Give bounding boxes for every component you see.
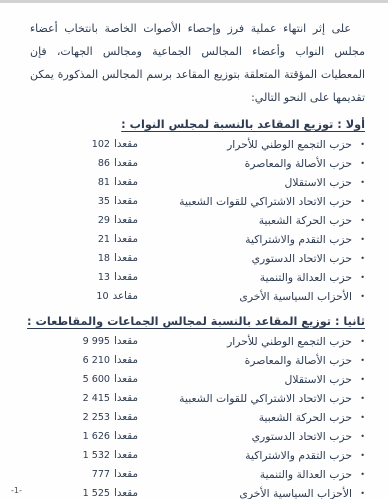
party-name: الأحزاب السياسية الأخرى	[239, 287, 354, 306]
seat-count: 1 525مقعدا	[30, 484, 138, 499]
party-seats-row: • حزب التجمع الوطني للأحرار 102مقعدا	[30, 135, 365, 154]
seat-count: 1 626مقعدا	[30, 427, 138, 446]
party-seats-row: • حزب العدالة والتنمية 777مقعدا	[30, 465, 365, 484]
party-seats-row: • حزب الاستقلال 5 600مقعدا	[30, 370, 365, 389]
seat-unit: مقعدا	[114, 354, 138, 366]
party-seats-row: • حزب الحركة الشعبية 2 253مقعدا	[30, 408, 365, 427]
bullet-icon: •	[354, 173, 365, 192]
party-name: حزب التقدم والاشتراكية	[245, 230, 354, 249]
bullet-icon: •	[354, 484, 365, 499]
seat-number: 1 525	[83, 488, 110, 499]
seat-unit: مقعدا	[114, 271, 138, 283]
seat-count: 2 253مقعدا	[30, 408, 138, 427]
seat-unit: مقعدا	[114, 449, 138, 461]
seat-number: 9 995	[83, 336, 110, 347]
party-seats-row: • حزب الاتحاد الدستوري 1 626مقعدا	[30, 427, 365, 446]
seat-number: 6 210	[83, 355, 110, 366]
bullet-icon: •	[354, 230, 365, 249]
bullet-icon: •	[354, 192, 365, 211]
seat-count: 10مقاعد	[30, 287, 138, 306]
page-top-edge	[0, 0, 388, 3]
party-list: • حزب التجمع الوطني للأحرار 102مقعدا • ح…	[0, 135, 388, 306]
seat-number: 777	[92, 469, 110, 480]
seat-unit: مقعدا	[114, 195, 138, 207]
seat-count: 102مقعدا	[30, 135, 138, 154]
seat-count: 35مقعدا	[30, 192, 138, 211]
party-seats-row: • حزب الاتحاد الاشتراكي للقوات الشعبية 2…	[30, 389, 365, 408]
seat-number: 81	[98, 177, 110, 188]
seat-number: 1 626	[83, 431, 110, 442]
bullet-icon: •	[354, 154, 365, 173]
seat-number: 18	[98, 253, 110, 264]
party-name: حزب التجمع الوطني للأحرار	[227, 135, 354, 154]
party-seats-row: • حزب التقدم والاشتراكية 21مقعدا	[30, 230, 365, 249]
section-heading: ثانيا : توزيع المقاعد بالنسبة لمجالس الج…	[0, 314, 365, 330]
seat-unit: مقعدا	[114, 487, 138, 499]
seat-unit: مقعدا	[114, 157, 138, 169]
intro-paragraph: على إثر انتهاء عملية فرز وإحصاء الأصوات …	[30, 17, 365, 109]
seat-count: 29مقعدا	[30, 211, 138, 230]
seat-unit: مقعدا	[114, 468, 138, 480]
party-seats-row: • حزب الاتحاد الاشتراكي للقوات الشعبية 3…	[30, 192, 365, 211]
bullet-icon: •	[354, 351, 365, 370]
seat-number: 86	[98, 158, 110, 169]
party-name: حزب الحركة الشعبية	[259, 408, 354, 427]
party-seats-row: • حزب التقدم والاشتراكية 1 532مقعدا	[30, 446, 365, 465]
seat-unit: مقعدا	[114, 176, 138, 188]
party-seats-row: • حزب الأصالة والمعاصرة 6 210مقعدا	[30, 351, 365, 370]
party-seats-row: • الأحزاب السياسية الأخرى 10مقاعد	[30, 287, 365, 306]
party-seats-row: • حزب الاتحاد الدستوري 18مقعدا	[30, 249, 365, 268]
party-seats-row: • حزب الحركة الشعبية 29مقعدا	[30, 211, 365, 230]
bullet-icon: •	[354, 370, 365, 389]
bullet-icon: •	[354, 135, 365, 154]
seat-count: 1 532مقعدا	[30, 446, 138, 465]
bullet-icon: •	[354, 249, 365, 268]
seat-count: 777مقعدا	[30, 465, 138, 484]
party-name: حزب الاتحاد الاشتراكي للقوات الشعبية	[179, 192, 354, 211]
seat-number: 2 253	[83, 412, 110, 423]
party-seats-row: • حزب العدالة والتنمية 13مقعدا	[30, 268, 365, 287]
seat-count: 81مقعدا	[30, 173, 138, 192]
party-name: حزب الاتحاد الدستوري	[252, 249, 354, 268]
bullet-icon: •	[354, 268, 365, 287]
party-seats-row: • حزب التجمع الوطني للأحرار 9 995مقعدا	[30, 332, 365, 351]
seat-unit: مقعدا	[114, 138, 138, 150]
bullet-icon: •	[354, 465, 365, 484]
party-name: حزب الاتحاد الدستوري	[252, 427, 354, 446]
seat-unit: مقعدا	[114, 214, 138, 226]
seat-count: 9 995مقعدا	[30, 332, 138, 351]
seat-count: 18مقعدا	[30, 249, 138, 268]
bullet-icon: •	[354, 389, 365, 408]
party-seats-row: • الأحزاب السياسية الأخرى 1 525مقعدا	[30, 484, 365, 499]
seat-unit: مقعدا	[114, 392, 138, 404]
seat-count: 21مقعدا	[30, 230, 138, 249]
party-list: • حزب التجمع الوطني للأحرار 9 995مقعدا •…	[0, 332, 388, 499]
party-seats-row: • حزب الأصالة والمعاصرة 86مقعدا	[30, 154, 365, 173]
party-name: حزب الاستقلال	[285, 173, 354, 192]
seat-distribution-sections: أولا : توزيع المقاعد بالنسبة لمجلس النوا…	[0, 117, 388, 499]
seat-number: 29	[98, 215, 110, 226]
page-number: -1-	[11, 486, 22, 495]
seat-unit: مقعدا	[114, 233, 138, 245]
seat-number: 13	[98, 272, 110, 283]
seat-number: 2 415	[83, 393, 110, 404]
seat-number: 21	[98, 234, 110, 245]
party-name: حزب العدالة والتنمية	[260, 268, 354, 287]
party-name: الأحزاب السياسية الأخرى	[239, 484, 354, 499]
party-name: حزب التجمع الوطني للأحرار	[227, 332, 354, 351]
seat-number: 35	[98, 196, 110, 207]
seat-unit: مقعدا	[114, 373, 138, 385]
party-name: حزب الأصالة والمعاصرة	[245, 351, 354, 370]
party-name: حزب العدالة والتنمية	[260, 465, 354, 484]
seat-unit: مقعدا	[114, 252, 138, 264]
seat-number: 10	[96, 291, 108, 302]
seat-number: 1 532	[83, 450, 110, 461]
bullet-icon: •	[354, 427, 365, 446]
seat-number: 5 600	[83, 374, 110, 385]
party-seats-row: • حزب الاستقلال 81مقعدا	[30, 173, 365, 192]
bullet-icon: •	[354, 211, 365, 230]
party-name: حزب الأصالة والمعاصرة	[245, 154, 354, 173]
seat-number: 102	[92, 139, 110, 150]
party-name: حزب التقدم والاشتراكية	[245, 446, 354, 465]
seat-count: 5 600مقعدا	[30, 370, 138, 389]
seat-unit: مقعدا	[114, 430, 138, 442]
party-name: حزب الحركة الشعبية	[259, 211, 354, 230]
bullet-icon: •	[354, 446, 365, 465]
seat-unit: مقعدا	[114, 411, 138, 423]
party-name: حزب الاتحاد الاشتراكي للقوات الشعبية	[179, 389, 354, 408]
seat-unit: مقاعد	[113, 290, 138, 302]
bullet-icon: •	[354, 408, 365, 427]
bullet-icon: •	[354, 332, 365, 351]
seats-section: أولا : توزيع المقاعد بالنسبة لمجلس النوا…	[0, 117, 388, 306]
seat-unit: مقعدا	[114, 335, 138, 347]
party-name: حزب الاستقلال	[285, 370, 354, 389]
document-page: على إثر انتهاء عملية فرز وإحصاء الأصوات …	[0, 0, 388, 499]
section-heading: أولا : توزيع المقاعد بالنسبة لمجلس النوا…	[0, 117, 365, 133]
bullet-icon: •	[354, 287, 365, 306]
seat-count: 6 210مقعدا	[30, 351, 138, 370]
seat-count: 13مقعدا	[30, 268, 138, 287]
seat-count: 2 415مقعدا	[30, 389, 138, 408]
seat-count: 86مقعدا	[30, 154, 138, 173]
seats-section: ثانيا : توزيع المقاعد بالنسبة لمجالس الج…	[0, 314, 388, 499]
